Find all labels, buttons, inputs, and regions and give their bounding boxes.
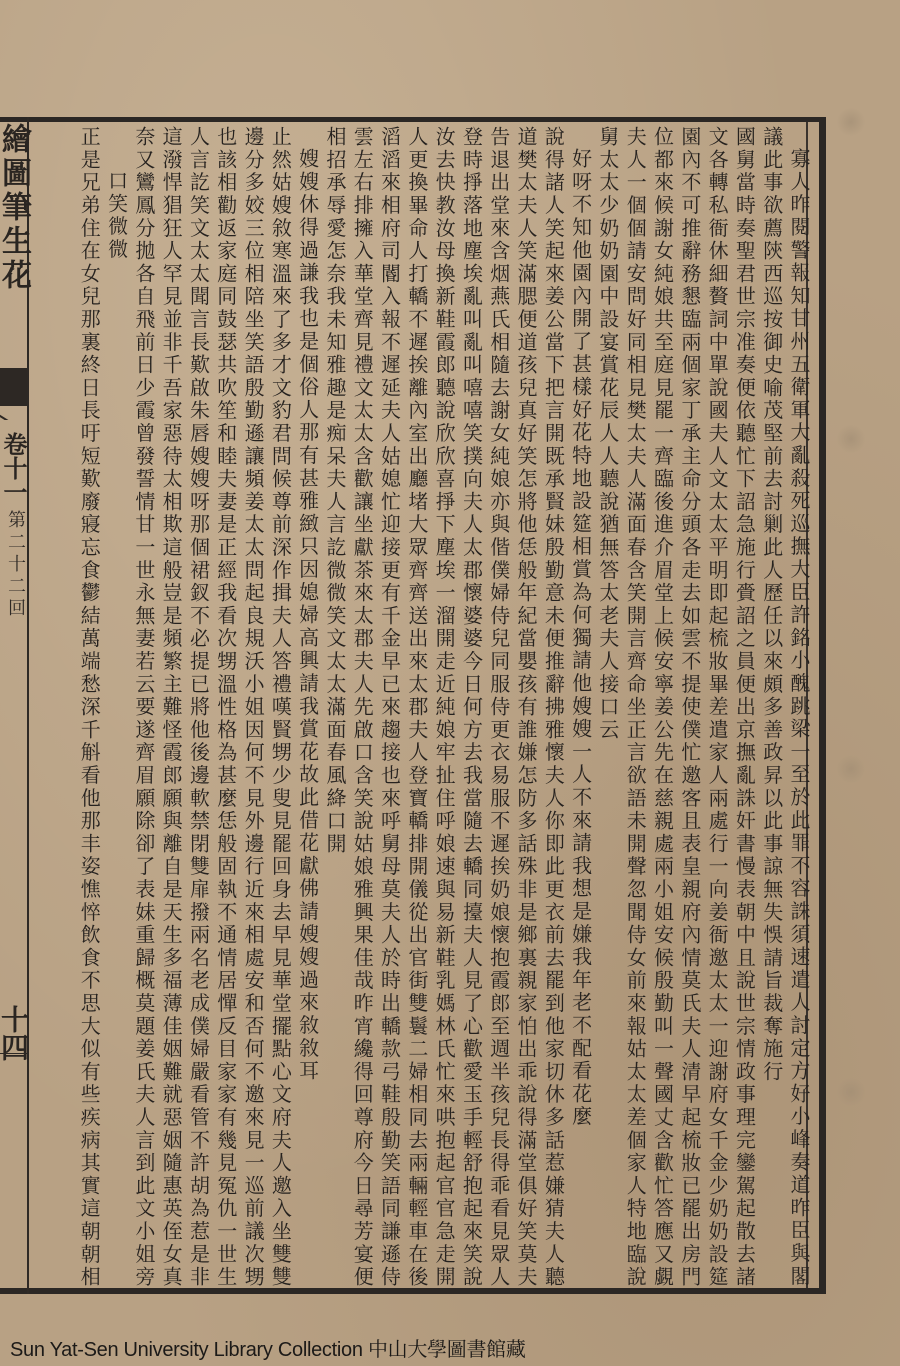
- text-column: 嫂嫂休得過謙我也是個俗人那有甚雅緻只因媳婦高興請我賞花故此借花獻佛請嫂嫂過來敘敘…: [293, 126, 320, 1286]
- text-column: 議此事欲薦陝西巡按御史喻茂堅前去討剿此人歷任以來頗多善政昇以此事諒無失悞請旨裁奪…: [757, 126, 784, 1286]
- text-column: 舅太太少奶奶園中設宴賞花辰人人聽說猶無答太老夫人接口云: [594, 126, 621, 1286]
- fish-tail-mark-icon: [0, 396, 27, 420]
- binding-hole: [836, 1078, 866, 1106]
- text-column: 國舅當時奏聖君世宗准奏便依聽忙下詔急施行賫詔之員便出京撫亂誅奸書慢表朝中且說世宗…: [730, 126, 757, 1286]
- text-column: 寡人昨閱警報知甘州五衛軍大亂殺死巡撫大臣許銘小醜跳梁一至於此罪不容誅須速遣人討定…: [785, 126, 812, 1286]
- text-column: 止然姑嫂敘寒溫來了多才文豹君問候尊前深作揖夫人答禮嘆賢甥少叟見罷回身去早見華堂擺…: [266, 126, 293, 1286]
- volume-number: 卷十一: [0, 432, 27, 504]
- text-column: 登時掙落地塵埃亂叫亂叫嘻嘻笑撲向夫人太郡懷婆婆今日何方去我當隨去轎同擡夫人見了心…: [457, 126, 484, 1286]
- text-column: 奈又鸞鳳分拋各自飛前日少霞曾發誓情甘一世永無妻若云要遂齊眉願除卻了表妹重歸概莫題…: [130, 126, 157, 1286]
- text-column: 口笑微微: [102, 126, 129, 1286]
- text-column: 道樊太夫人笑滿腮便道孩兒真好笑怎將他恁般年紀當嬰孩有誰嫌怎防多話殊非是鄉裏親家怕…: [512, 126, 539, 1286]
- text-column: 相招承辱愛怎奈我未知雅趣是痴呆夫人言訖微微笑文太太滿面春風絳口開: [321, 126, 348, 1286]
- text-column: 位都來候謝女純娘共至庭見罷一齊臨後進介眉堂上候安寧姜公先在慈親處兩小姐安候殷勤叫…: [648, 126, 675, 1286]
- text-column: 文各轉私衙休細贅詞中單說國夫人文太太平明即起梳妝畢差遣家人兩處行一向姜衙邀太太一…: [703, 126, 730, 1286]
- text-column: 夫人一個個請安問好同相見樊太夫人滿面春含笑開言齊命坐正言欲語未開聲忽聞侍女前來報…: [621, 126, 648, 1286]
- text-column: 園內不可推辭務懇臨兩個家丁承主命分頭各走去如雲不提使僕忙邀客且表皇親府內情莫氏夫…: [676, 126, 703, 1286]
- book-title: 繪圖筆生花: [0, 123, 27, 293]
- text-column: 正是兄弟住在女兒那裏終日長吁短歎廢寢忘食鬱結萬端愁深千斛看他那丰姿憔悴飲食不思大…: [75, 126, 102, 1286]
- book-spine-margin: [0, 117, 29, 1294]
- text-column: 汝去快教汝母換新鞋霞郎聽說欣欣喜掙下塵埃一溜開走近純娘牢扯住呼娘速與易新鞋乳媽林…: [430, 126, 457, 1286]
- text-column: 好呀不知他園內開了甚樣好花特地設筵相賞為何獨請他嫂嫂一人不來請我想是嫌我年老不配…: [566, 126, 593, 1286]
- text-column: 雲左右排擁入華堂齊見禮文太太含歡讓坐獻茶來太郡夫人先啟口含笑說姑娘雅興果佳哉昨宵…: [348, 126, 375, 1286]
- text-column: 邊分多姣三位相陪坐笑語殷勤遜讓頻姜太太問起良規沃小姐因何不見外邊行近來相處安和否…: [239, 126, 266, 1286]
- chapter-number: 第二十二回: [3, 510, 27, 620]
- main-text-body: 寡人昨閱警報知甘州五衛軍大亂殺死巡撫大臣許銘小醜跳梁一至於此罪不容誅須速遣人討定…: [32, 126, 812, 1288]
- binding-hole: [836, 425, 866, 453]
- text-column: 這潑悍猖狂人罕見並非千吾家惡待太相欺這般豈是頻繁主難怪霞郎願與離自是天生多福薄佳…: [157, 126, 184, 1286]
- text-column: 滔滔來相府司閽入報不遲延夫人姑媳忙迎接更有千金早已來趨接也來呼舅母莫夫人於時出轎…: [375, 126, 402, 1286]
- page-number-divider: [0, 1053, 27, 1054]
- library-attribution: Sun Yat-Sen University Library Collectio…: [10, 1333, 526, 1362]
- text-column: 也該相勸返家庭同鼓瑟共吹笙和睦夫妻是正經我看次甥溫性格為甚麼恁般固執不通情居憚反…: [211, 126, 238, 1286]
- text-column: 告退出堂來含烟燕氏相隨去謝女純娘亦與偕僕婦侍兒同服侍更衣易服不遲挨奶娘懷抱霞郎至…: [484, 126, 511, 1286]
- text-column: 說得諸人笑起來姜公當下把言開既承賢妹殷勤意未便推辭拂雅懷夫人你即此更衣前去罷到他…: [539, 126, 566, 1286]
- text-column: 人言訖笑文太太聞言長歎啟朱唇嫂嫂呀那個裙釵不必提已將他後邊軟禁閉雙扉撥兩名老成僕…: [184, 126, 211, 1286]
- binding-hole: [836, 755, 866, 783]
- text-column: 人更換畢命人打轎不遲挨離內室出廳堵大眾齊齊送出來太郡夫人登寶轎排開儀從出官街雙鬟…: [403, 126, 430, 1286]
- binding-hole: [836, 108, 866, 136]
